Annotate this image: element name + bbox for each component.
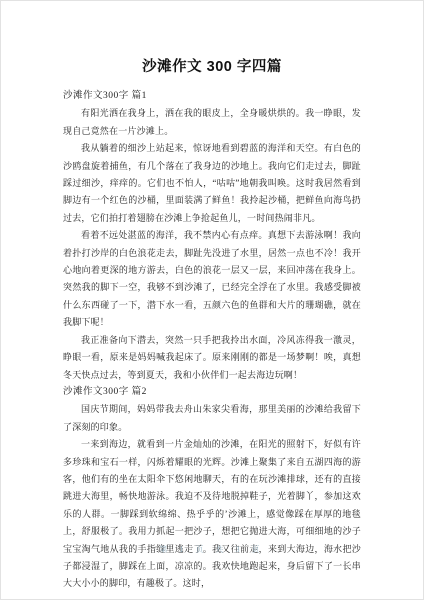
essay-section-2: 沙滩作文300字 篇2 国庆节期间，妈妈带我去舟山朱家尖看海，那里美丽的沙滩给我… bbox=[63, 384, 361, 593]
body-paragraph: 有阳光洒在我身上，洒在我的眼皮上，全身暖烘烘的。我一睁眼，发现自己竟然在一片沙滩… bbox=[63, 105, 361, 140]
body-paragraph: 我正准备向下潜去，突然一只手把我拎出水面，冷风冻得我一激灵，睁眼一看，原来是妈妈… bbox=[63, 332, 361, 384]
body-paragraph: 一来到海边，就看到一片金灿灿的沙滩，在阳光的照射下，好似有许多珍珠和宝石一样，闪… bbox=[63, 436, 361, 593]
body-paragraph: 国庆节期间，妈妈带我去舟山朱家尖看海，那里美丽的沙滩给我留下了深刻的印象。 bbox=[63, 401, 361, 436]
document-page: 沙滩作文 300 字四篇 沙滩作文300字 篇1 有阳光洒在我身上，洒在我的眼皮… bbox=[0, 0, 424, 600]
section-2-heading: 沙滩作文300字 篇2 bbox=[63, 384, 361, 401]
essay-section-1: 沙滩作文300字 篇1 有阳光洒在我身上，洒在我的眼皮上，全身暖烘烘的。我一睁眼… bbox=[63, 88, 361, 384]
body-paragraph: 我从躺着的细沙上站起来，惊讶地看到碧蓝的海洋和天空。有白色的沙鸥盘旋着捕鱼，有几… bbox=[63, 140, 361, 227]
document-title: 沙滩作文 300 字四篇 bbox=[63, 57, 361, 77]
document-body: 沙滩作文300字 篇1 有阳光洒在我身上，洒在我的眼皮上，全身暖烘烘的。我一睁眼… bbox=[63, 88, 361, 593]
body-paragraph: 看着不远处湛蓝的海洋，我不禁内心有点痒。真想下去游泳啊！我向着扑打沙岸的白色浪花… bbox=[63, 227, 361, 331]
page-number-footer: 第 1 页 共 3 页 bbox=[0, 544, 424, 555]
section-1-heading: 沙滩作文300字 篇1 bbox=[63, 88, 361, 105]
